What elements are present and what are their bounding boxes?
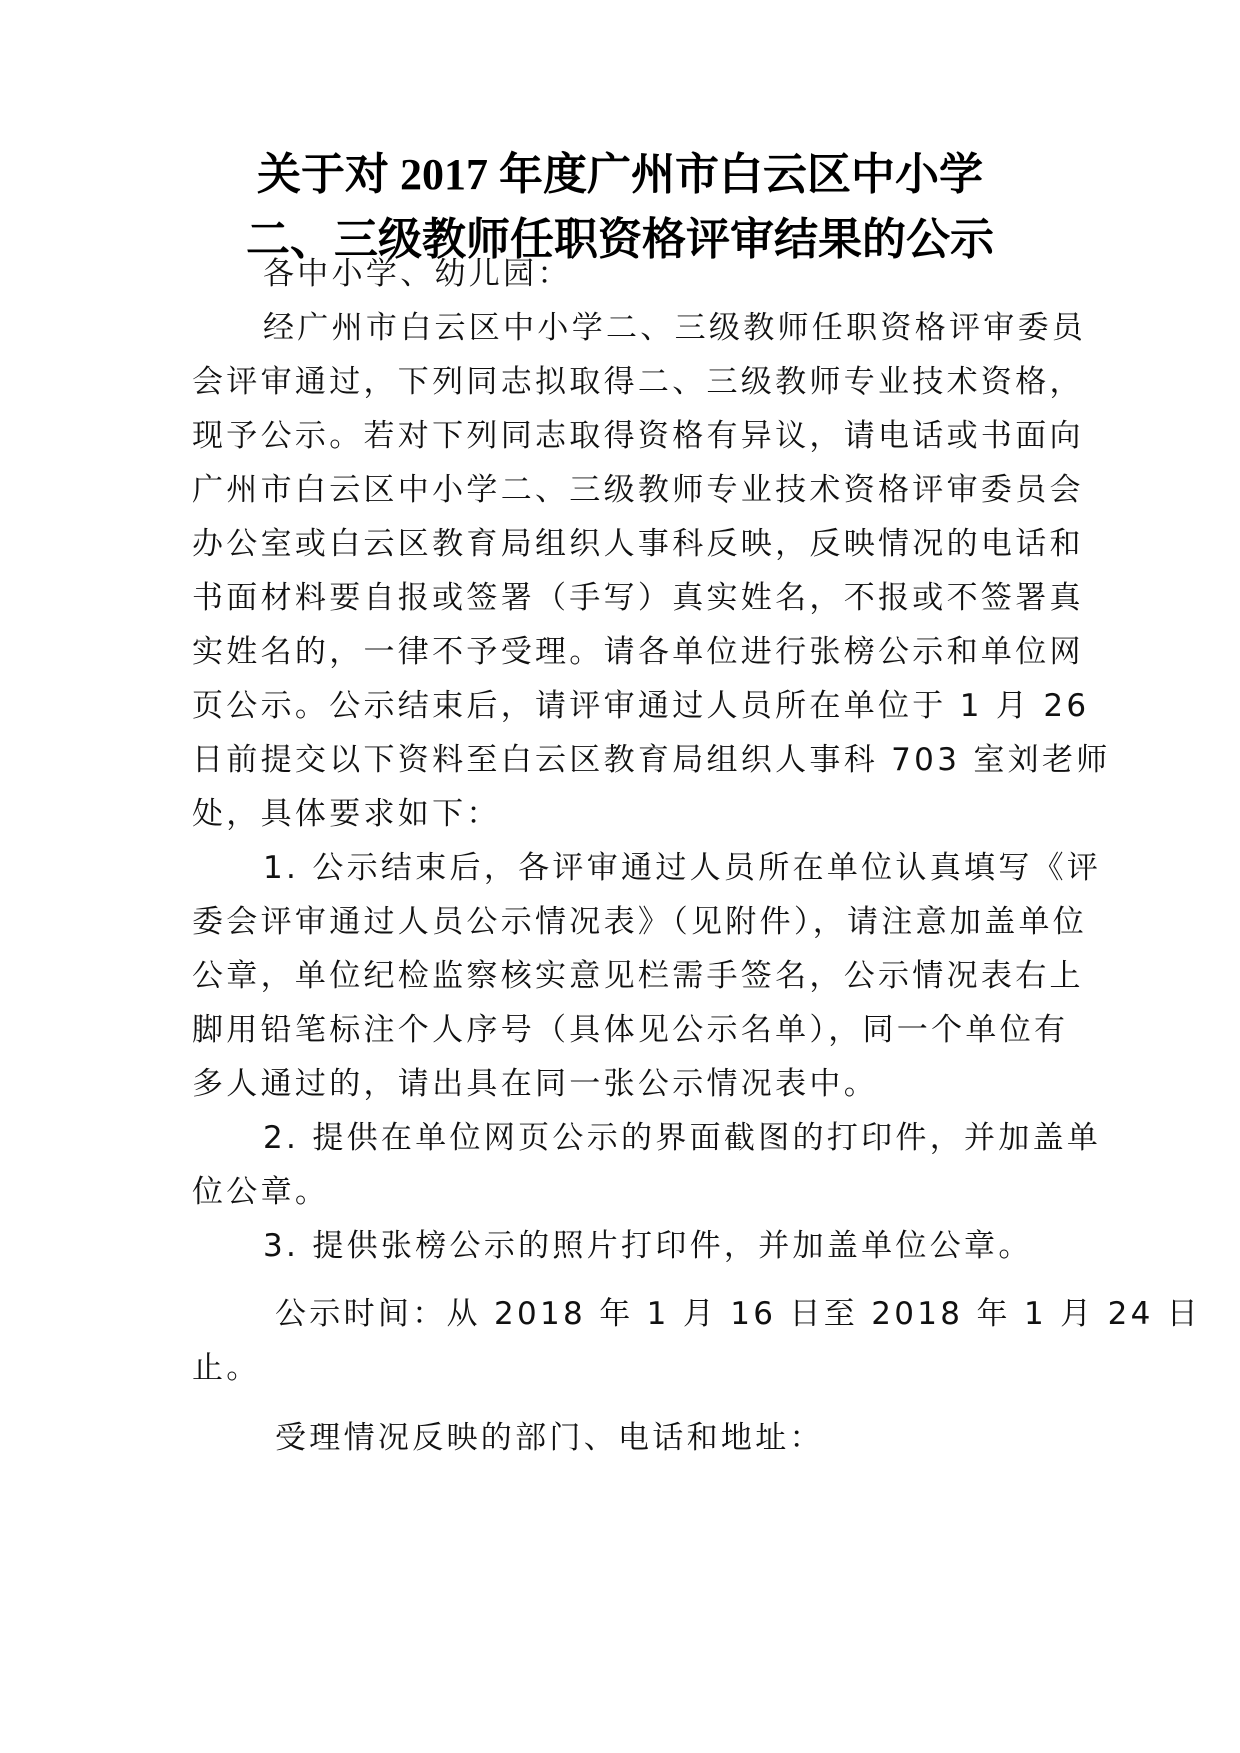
- body-line: 经广州市白云区中小学二、三级教师任职资格评审委员: [263, 308, 1123, 348]
- body-line: 页公示。公示结束后，请评审通过人员所在单位于 1 月 26: [192, 686, 1052, 726]
- body-line: 书面材料要自报或签署（手写）真实姓名，不报或不签署真: [192, 578, 1052, 618]
- contact-heading: 受理情况反映的部门、电话和地址：: [275, 1418, 1135, 1458]
- salutation: 各中小学、幼儿园：: [263, 254, 1123, 294]
- body-line: 实姓名的，一律不予受理。请各单位进行张榜公示和单位网: [192, 632, 1052, 672]
- document-title-line-1: 关于对 2017 年度广州市白云区中小学: [192, 140, 1048, 210]
- body-line: 现予公示。若对下列同志取得资格有异议，请电话或书面向: [192, 416, 1052, 456]
- requirement-2-line: 2. 提供在单位网页公示的界面截图的打印件，并加盖单: [263, 1118, 1123, 1158]
- body-line: 日前提交以下资料至白云区教育局组织人事科 703 室刘老师: [192, 740, 1052, 780]
- period-line: 止。: [192, 1348, 1052, 1388]
- requirement-1-line: 1. 公示结束后，各评审通过人员所在单位认真填写《评: [263, 848, 1123, 888]
- requirement-1-line: 多人通过的，请出具在同一张公示情况表中。: [192, 1064, 1052, 1104]
- requirement-1-line: 公章，单位纪检监察核实意见栏需手签名，公示情况表右上: [192, 956, 1052, 996]
- body-line: 广州市白云区中小学二、三级教师专业技术资格评审委员会: [192, 470, 1052, 510]
- document-page: 关于对 2017 年度广州市白云区中小学 二、三级教师任职资格评审结果的公示 各…: [0, 0, 1240, 1753]
- requirement-1-line: 委会评审通过人员公示情况表》（见附件），请注意加盖单位: [192, 902, 1052, 942]
- requirement-2-line: 位公章。: [192, 1172, 1052, 1212]
- requirement-1-line: 脚用铅笔标注个人序号（具体见公示名单），同一个单位有: [192, 1010, 1052, 1050]
- body-line: 处，具体要求如下：: [192, 794, 1052, 834]
- body-line: 会评审通过，下列同志拟取得二、三级教师专业技术资格，: [192, 362, 1052, 402]
- requirement-3-line: 3. 提供张榜公示的照片打印件，并加盖单位公章。: [263, 1226, 1123, 1266]
- period-line: 公示时间：从 2018 年 1 月 16 日至 2018 年 1 月 24 日: [275, 1294, 1135, 1334]
- body-line: 办公室或白云区教育局组织人事科反映，反映情况的电话和: [192, 524, 1052, 564]
